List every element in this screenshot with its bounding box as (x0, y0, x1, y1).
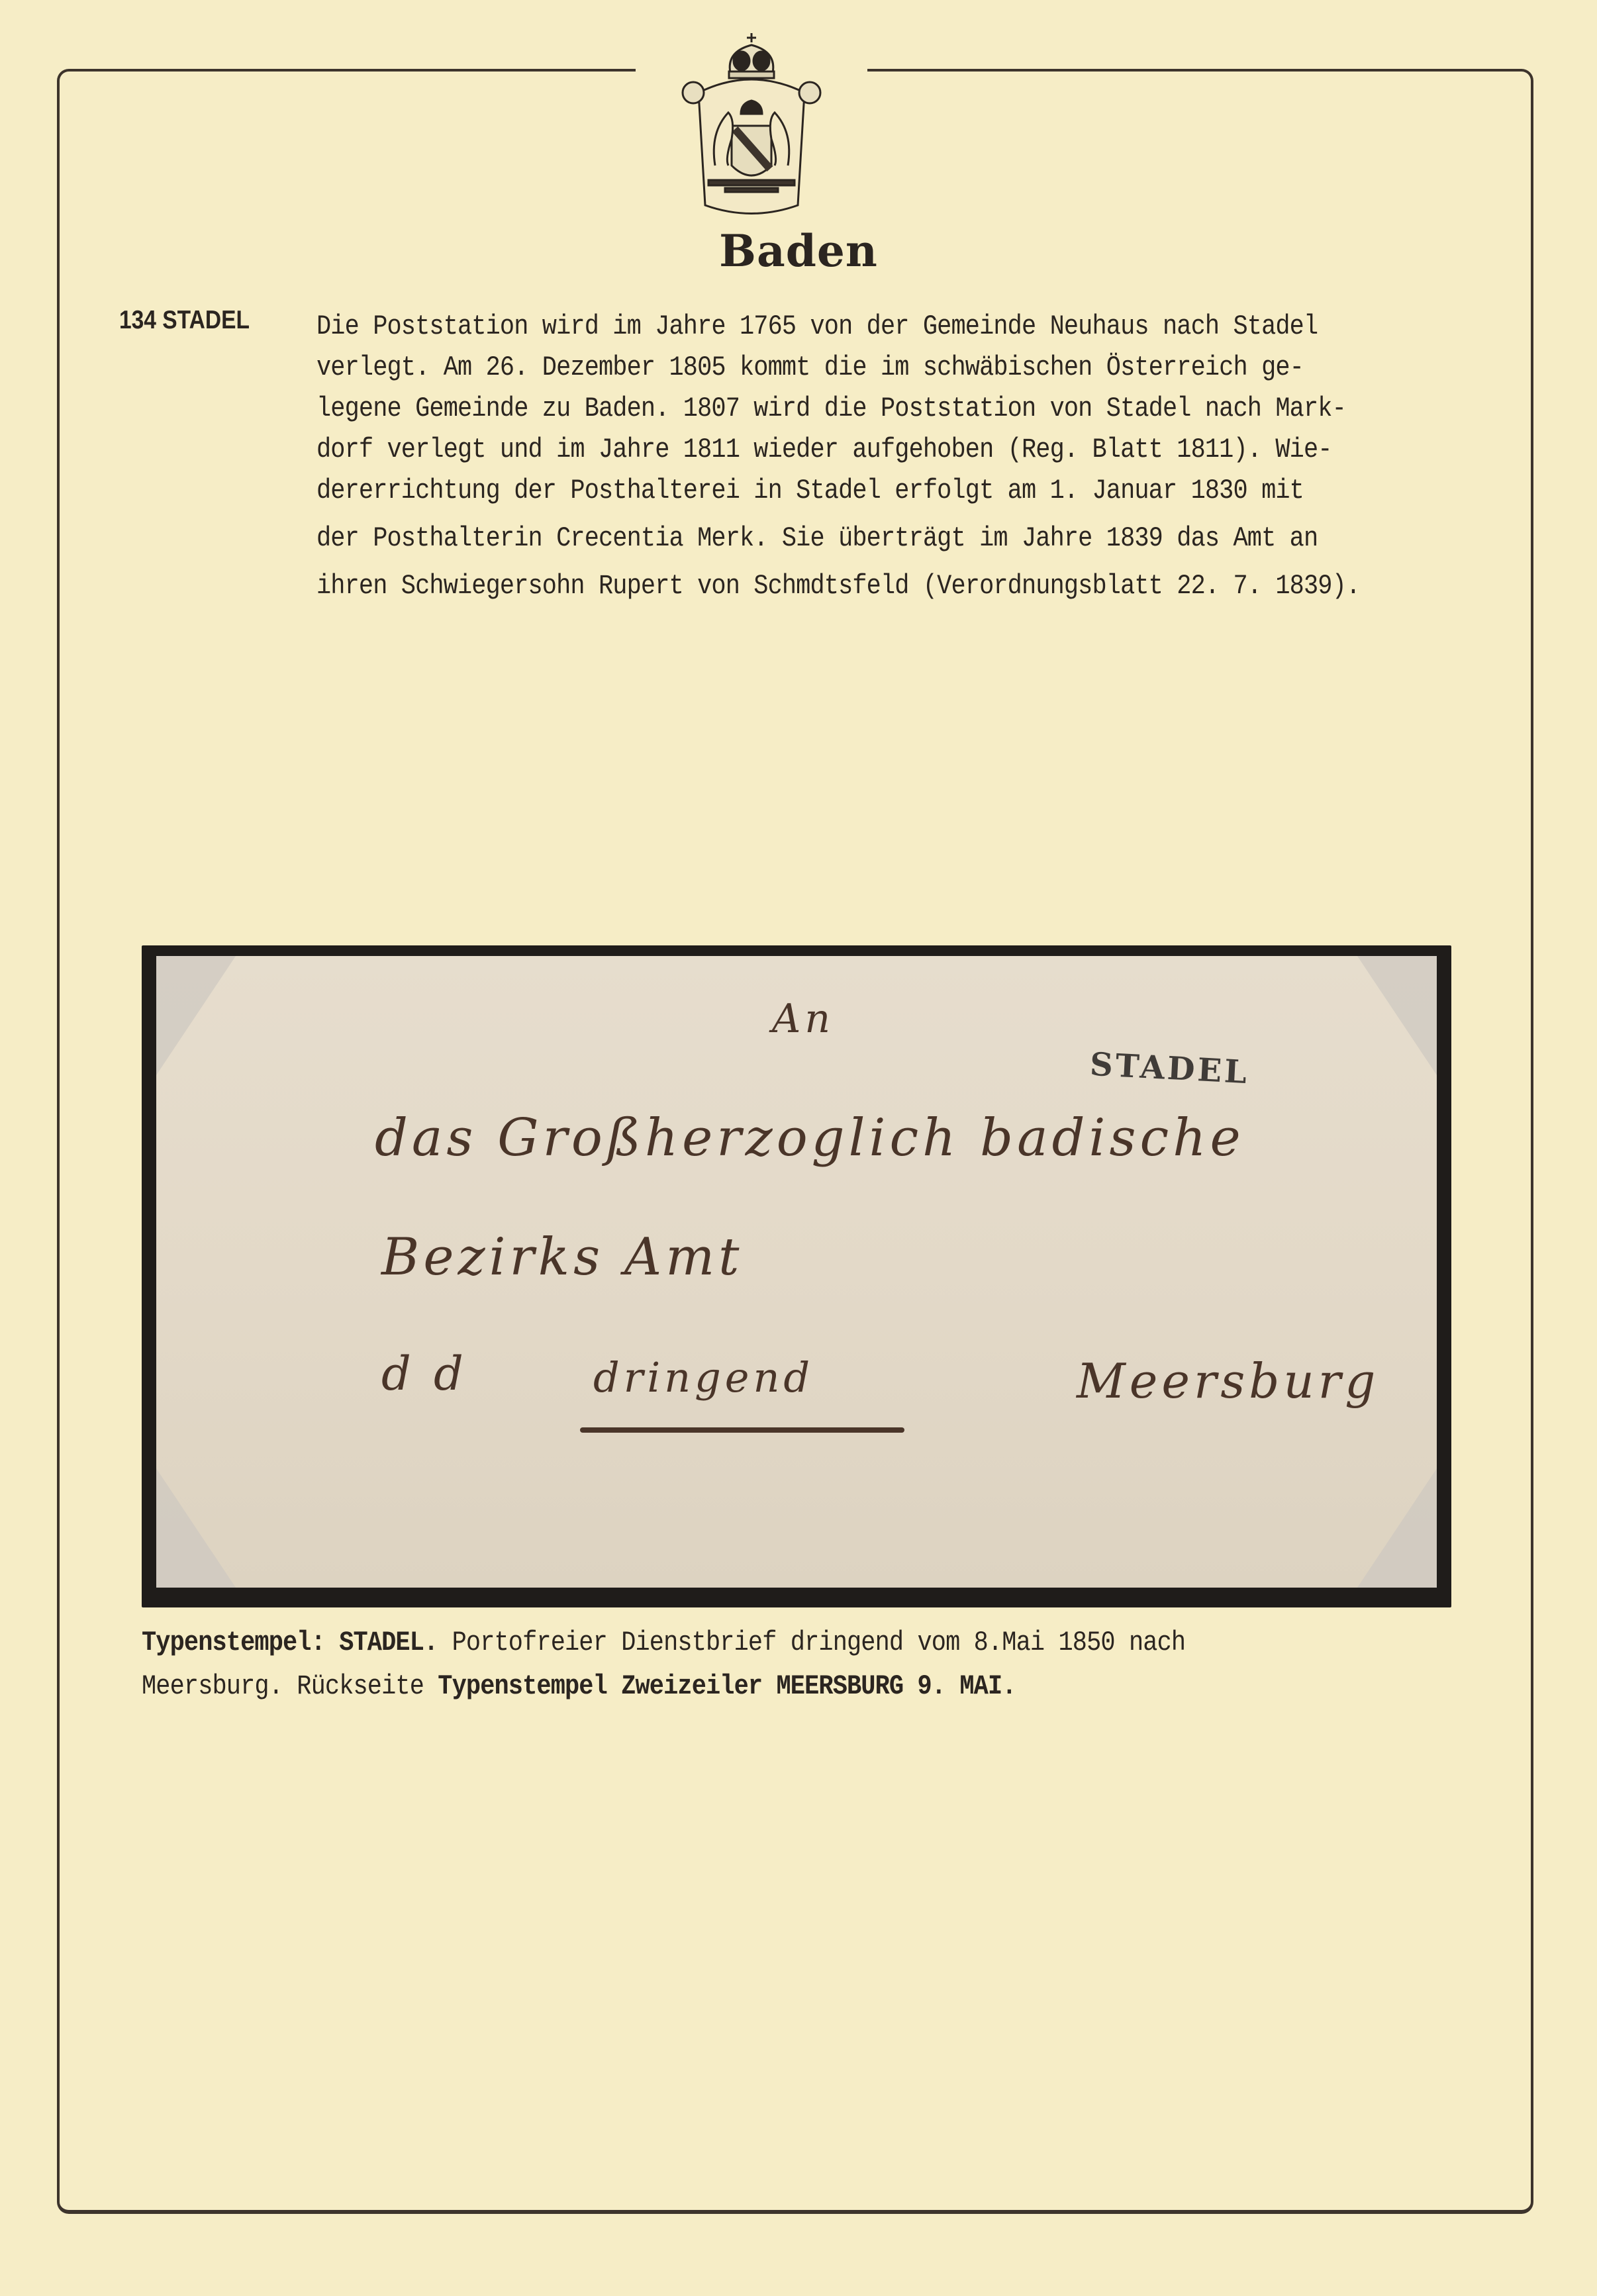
handwriting-salutation: An (772, 996, 834, 1042)
cover-mount: STADEL An das Großherzoglich badische Be… (142, 945, 1451, 1607)
entry-description: Die Poststation wird im Jahre 1765 von d… (316, 306, 1541, 606)
entry-line: legene Gemeinde zu Baden. 1807 wird die … (316, 388, 1394, 429)
mount-corner (156, 956, 236, 1075)
entry-line: verlegt. Am 26. Dezember 1805 kommt die … (316, 347, 1394, 388)
entry-line: dorf verlegt und im Jahre 1811 wieder au… (316, 429, 1394, 470)
handwriting-addressee-line1: das Großherzoglich badische (375, 1108, 1245, 1168)
entry-line: Die Poststation wird im Jahre 1765 von d… (316, 306, 1394, 347)
mount-corner (1357, 956, 1437, 1075)
handwriting-prefix: d d (381, 1347, 467, 1401)
mount-corner (1357, 1468, 1437, 1588)
entry-line: dererrichtung der Posthalterei in Stadel… (316, 470, 1394, 511)
mount-corner (156, 1468, 236, 1588)
entry-line: der Posthalterin Crecentia Merk. Sie übe… (316, 518, 1394, 559)
caption-line-2: Meersburg. Rückseite Typenstempel Zweize… (142, 1664, 1307, 1708)
postmark-stamp: STADEL (1089, 1046, 1251, 1092)
handwriting-addressee-line2: Bezirks Amt (381, 1227, 744, 1287)
entry-label: 134 STADEL (119, 306, 250, 335)
coat-of-arms-icon (652, 26, 851, 225)
page-title: Baden (0, 225, 1597, 277)
caption-stamp-type: Typenstempel: STADEL. (142, 1627, 438, 1658)
cover-caption: Typenstempel: STADEL. Portofreier Dienst… (142, 1621, 1466, 1708)
caption-backstamp: Typenstempel Zweizeiler MEERSBURG 9. MAI… (438, 1670, 1016, 1702)
handwriting-urgent: dringend (593, 1353, 814, 1402)
entry-line: ihren Schwiegersohn Rupert von Schmdtsfe… (316, 565, 1394, 606)
handwriting-destination: Meersburg (1077, 1353, 1379, 1409)
handwriting-underline (580, 1427, 904, 1433)
caption-line-1: Typenstempel: STADEL. Portofreier Dienst… (142, 1621, 1307, 1664)
caption-description: Portofreier Dienstbrief dringend vom 8.M… (438, 1627, 1185, 1658)
caption-backside: Meersburg. Rückseite (142, 1670, 438, 1702)
postal-cover-image: STADEL An das Großherzoglich badische Be… (156, 956, 1437, 1588)
